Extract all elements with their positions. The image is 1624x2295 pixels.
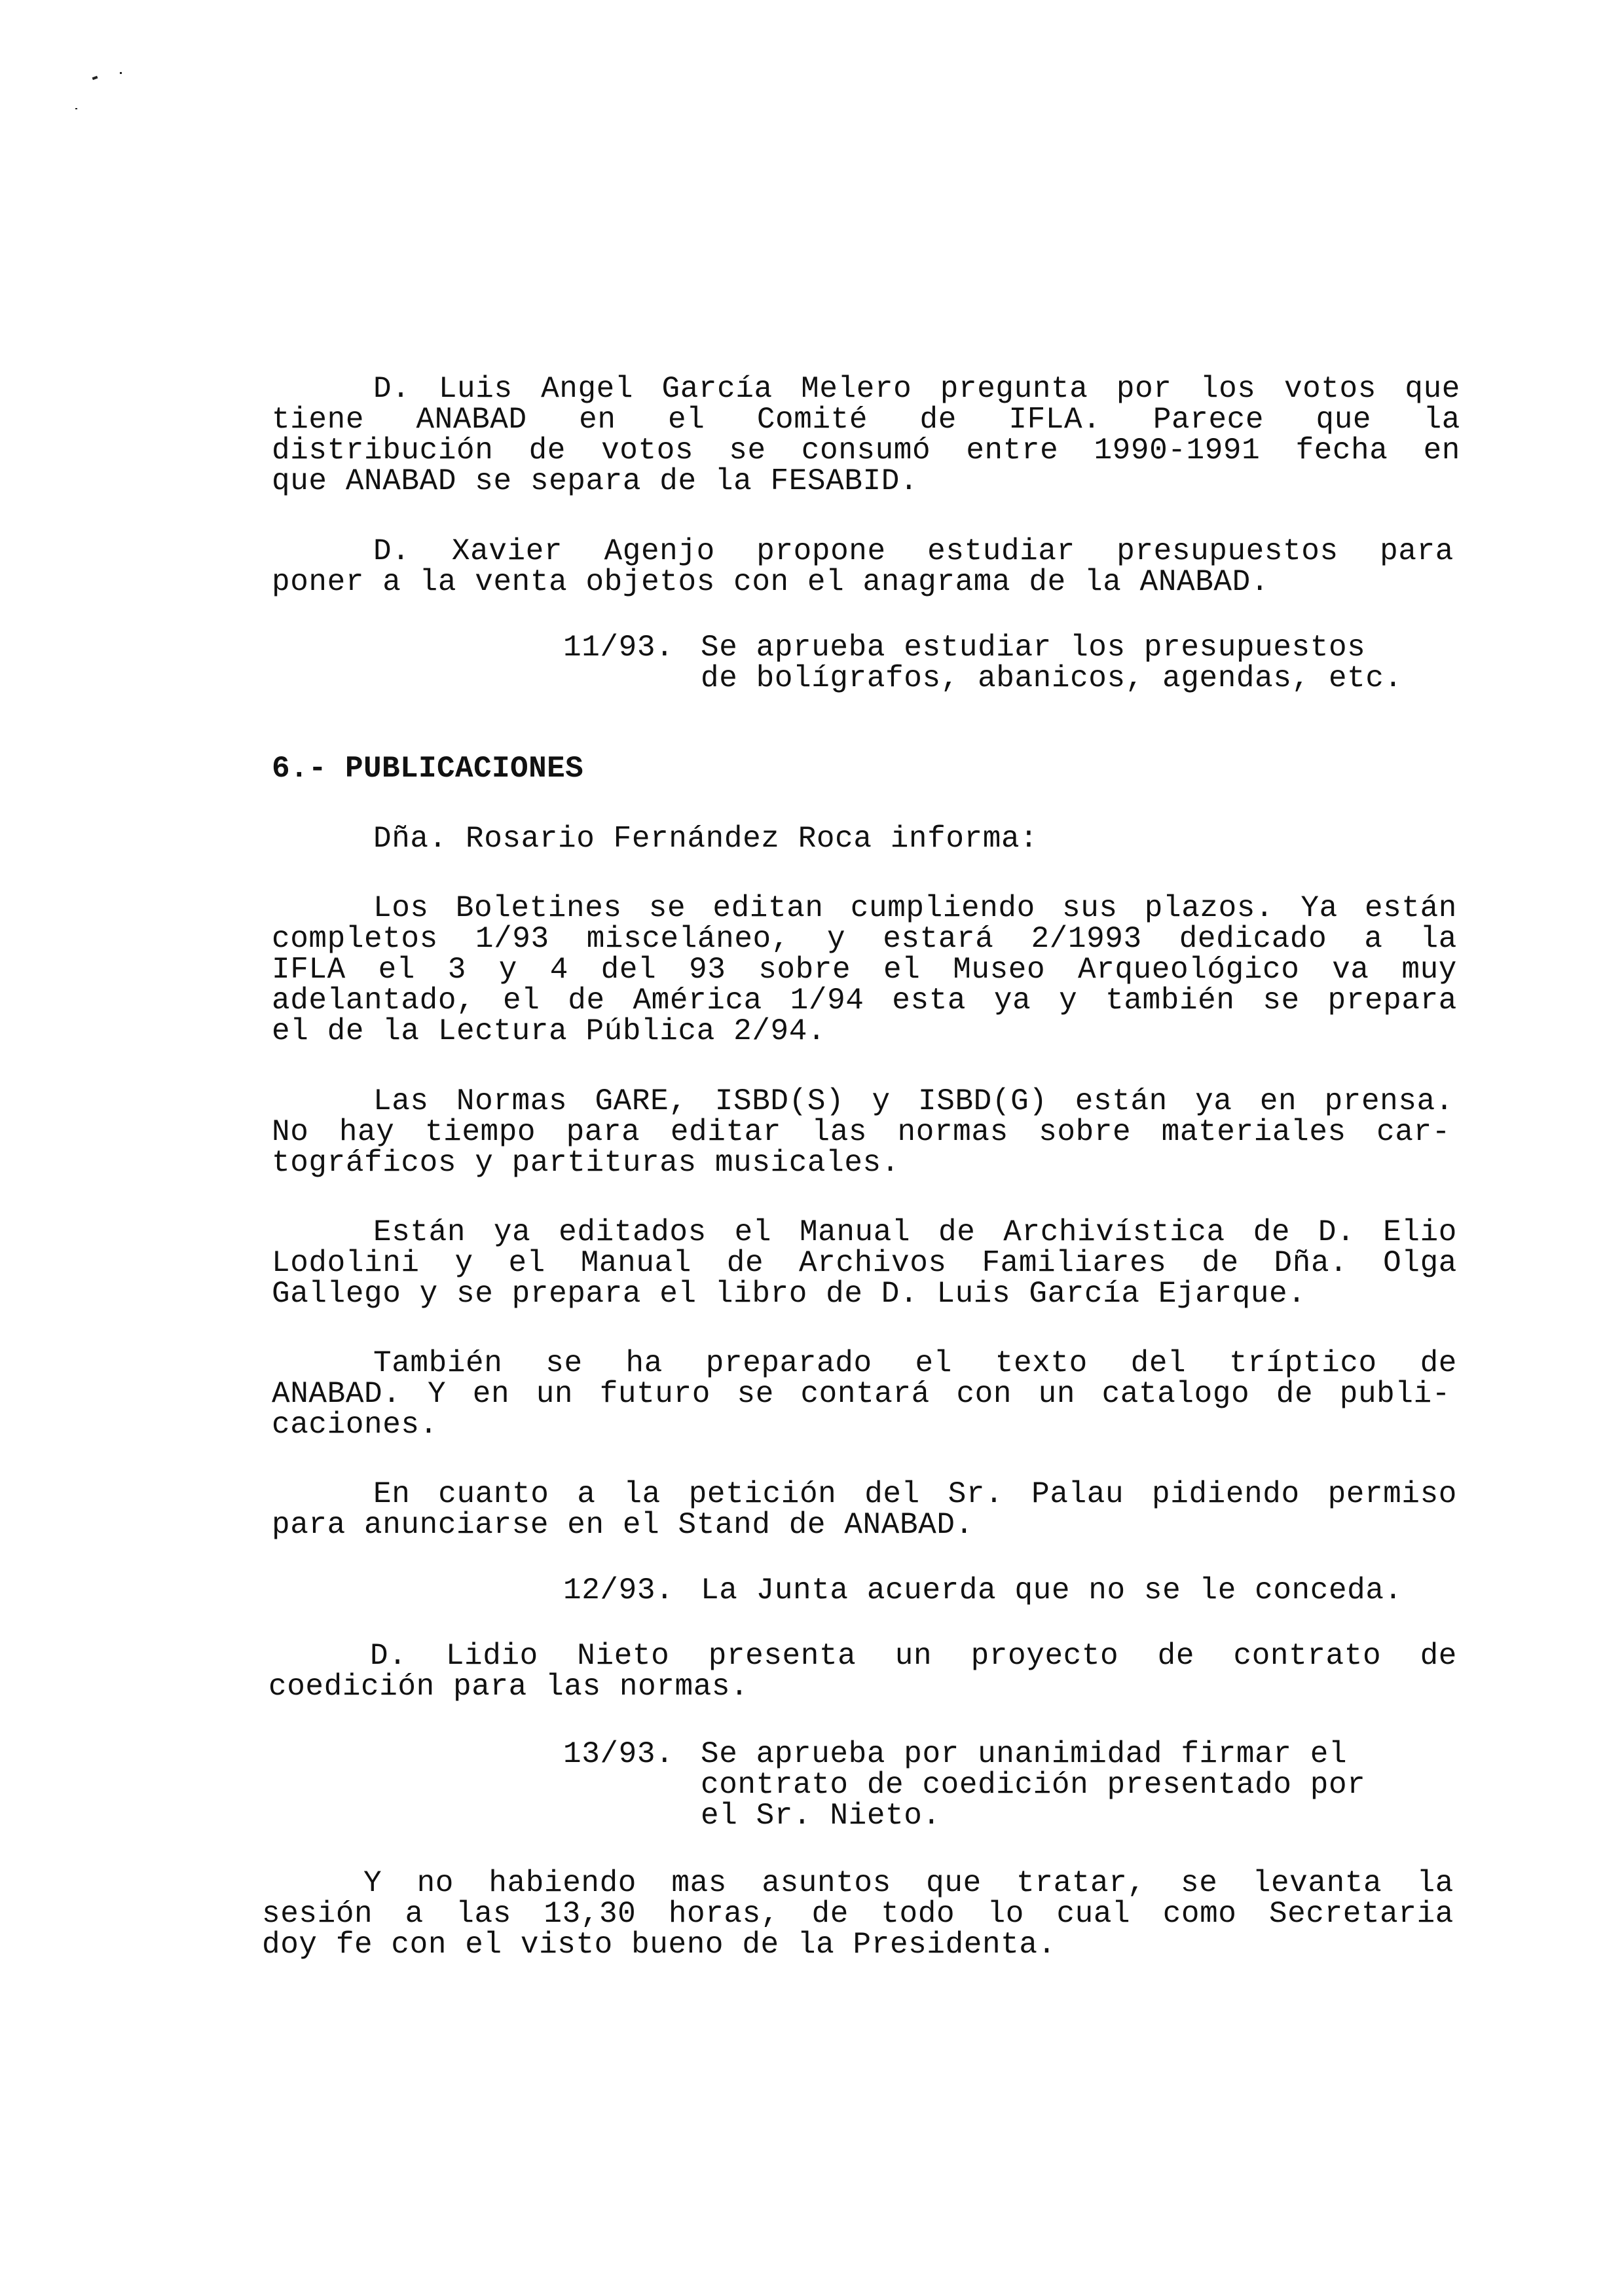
text-line: Gallego y se prepara el libro de D. Luis… (272, 1278, 1306, 1310)
text-line: También se ha preparado el texto del trí… (373, 1348, 1457, 1379)
text-line: distribución de votos se consumó entre 1… (272, 435, 1460, 466)
text-line: IFLA el 3 y 4 del 93 sobre el Museo Arqu… (272, 954, 1457, 985)
text-line: Y no habiendo mas asuntos que tratar, se… (363, 1867, 1454, 1899)
text-line: para anunciarse en el Stand de ANABAD. (272, 1509, 974, 1541)
text-line: adelantado, el de América 1/94 esta ya y… (272, 985, 1457, 1016)
text-line: coedición para las normas. (268, 1671, 748, 1702)
section-heading-publicaciones: 6.- PUBLICACIONES (272, 753, 583, 784)
text-line: Lodolini y el Manual de Archivos Familia… (272, 1247, 1457, 1279)
text-line: el Sr. Nieto. (701, 1800, 941, 1831)
text-line: poner a la venta objetos con el anagrama… (272, 566, 1269, 598)
text-line: Los Boletines se editan cumpliendo sus p… (373, 892, 1457, 924)
resolution-number: 13/93. (563, 1738, 674, 1770)
text-line: En cuanto a la petición del Sr. Palau pi… (373, 1478, 1457, 1510)
document-page: D. Luis Angel García Melero pregunta por… (0, 0, 1624, 2295)
text-line: Se aprueba estudiar los presupuestos (701, 632, 1365, 663)
text-line: D. Lidio Nieto presenta un proyecto de c… (370, 1640, 1457, 1672)
text-line: completos 1/93 misceláneo, y estará 2/19… (272, 923, 1457, 955)
text-line: Las Normas GARE, ISBD(S) y ISBD(G) están… (373, 1086, 1454, 1117)
text-line: La Junta acuerda que no se le conceda. (701, 1575, 1403, 1606)
resolution-number: 12/93. (563, 1575, 674, 1606)
text-line: el de la Lectura Pública 2/94. (272, 1016, 826, 1047)
text-line: contrato de coedición presentado por (701, 1769, 1365, 1801)
text-line: D. Luis Angel García Melero pregunta por… (373, 373, 1460, 405)
text-line: No hay tiempo para editar las normas sob… (272, 1116, 1450, 1148)
text-line: doy fe con el visto bueno de la Presiden… (262, 1929, 1056, 1960)
text-line: D. Xavier Agenjo propone estudiar presup… (373, 536, 1454, 567)
text-line: sesión a las 13,30 horas, de todo lo cua… (262, 1898, 1454, 1930)
text-line: Dña. Rosario Fernández Roca informa: (373, 823, 1038, 854)
resolution-number: 11/93. (563, 632, 674, 663)
text-line: tiene ANABAD en el Comité de IFLA. Parec… (272, 404, 1460, 435)
text-line: ANABAD. Y en un futuro se contará con un… (272, 1378, 1450, 1410)
text-line: tográficos y partituras musicales. (272, 1147, 900, 1179)
text-line: Se aprueba por unanimidad firmar el (701, 1738, 1347, 1770)
text-line: caciones. (272, 1409, 438, 1441)
text-line: Están ya editados el Manual de Archivíst… (373, 1217, 1457, 1248)
text-line: que ANABAD se separa de la FESABID. (272, 466, 918, 497)
text-line: de bolígrafos, abanicos, agendas, etc. (701, 663, 1403, 694)
